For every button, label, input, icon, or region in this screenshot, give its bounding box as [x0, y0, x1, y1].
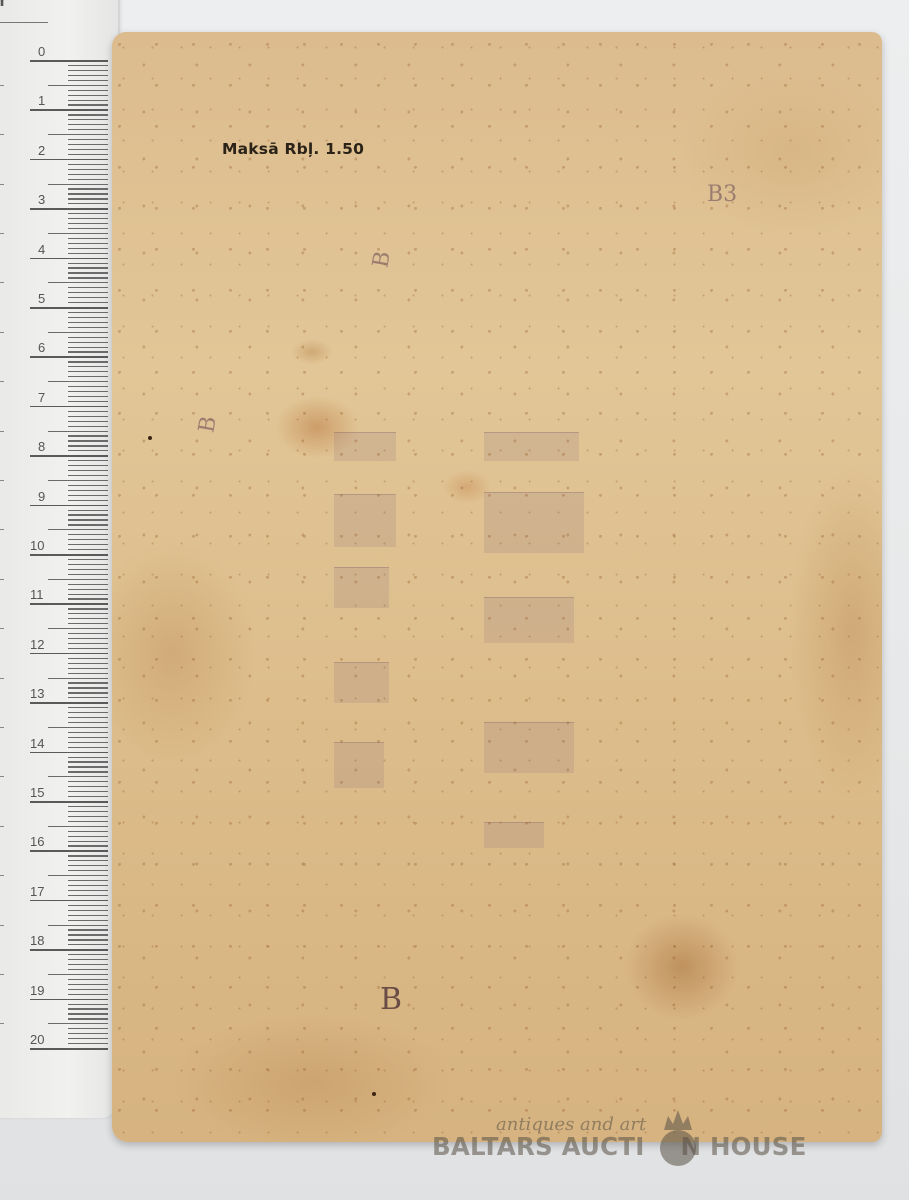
ruler-tick — [68, 327, 108, 328]
ruler-tick — [68, 213, 108, 214]
ruler-tick — [68, 821, 108, 822]
ruler-tick — [68, 880, 108, 881]
ruler-tick — [68, 574, 108, 575]
ruler-tick — [68, 416, 108, 417]
faded-stamp — [484, 722, 574, 773]
ruler-label: 13 — [30, 686, 44, 701]
ruler-tick — [68, 169, 108, 170]
ruler-tick — [68, 994, 108, 995]
ruler-edge-mark — [0, 1023, 4, 1024]
ruler-edge-mark — [0, 381, 4, 382]
ruler-tick — [68, 791, 108, 792]
ruler-tick — [68, 391, 108, 392]
ruler-tick — [68, 855, 108, 856]
spot — [372, 1092, 376, 1096]
ruler-tick — [68, 426, 108, 427]
ruler-tick — [68, 519, 108, 520]
faded-stamp — [334, 567, 389, 608]
ruler-tick — [30, 1048, 108, 1050]
ruler-tick — [68, 223, 108, 224]
ruler-tick — [68, 618, 108, 619]
ruler-label: 9 — [38, 489, 45, 504]
ruler-edge-mark — [0, 678, 4, 679]
ruler-tick — [68, 1004, 108, 1005]
ruler-tick — [68, 129, 108, 130]
ruler-tick — [68, 673, 108, 674]
ruler-tick — [68, 272, 108, 273]
ruler-tick — [48, 925, 108, 926]
ruler-tick — [68, 386, 108, 387]
ruler-tick — [68, 687, 108, 688]
ruler-tick — [48, 85, 108, 86]
ruler-edge-mark — [0, 233, 4, 234]
ruler-tick — [68, 944, 108, 945]
ruler-tick — [68, 144, 108, 145]
ruler-edge-mark — [0, 332, 4, 333]
ruler-tick — [68, 342, 108, 343]
ruler-tick — [68, 524, 108, 525]
ruler-tick — [68, 277, 108, 278]
ruler-tick — [48, 480, 108, 481]
ruler-tick — [68, 218, 108, 219]
ruler-tick — [68, 870, 108, 871]
ruler-tick — [48, 974, 108, 975]
ruler-tick — [30, 554, 108, 556]
ruler-tick — [68, 663, 108, 664]
ruler-tick — [68, 292, 108, 293]
ruler-tick — [68, 539, 108, 540]
ruler-tick — [68, 920, 108, 921]
ruler-tick — [68, 450, 108, 451]
ruler-tick — [68, 179, 108, 180]
ruler-tick — [68, 732, 108, 733]
ruler-tick — [68, 811, 108, 812]
ruler-tick — [68, 119, 108, 120]
ruler-scale: 01234567891011121314151617181920 — [0, 0, 118, 1118]
faded-stamp — [334, 742, 384, 788]
ruler-tick — [68, 470, 108, 471]
ruler-edge-mark — [0, 875, 4, 876]
ruler-tick — [68, 939, 108, 940]
ruler-tick — [68, 1038, 108, 1039]
ruler-tick — [68, 70, 108, 71]
ruler-label: 14 — [30, 736, 44, 751]
ruler-tick — [68, 742, 108, 743]
ruler-tick — [68, 584, 108, 585]
ink-mark: B — [380, 982, 402, 1017]
spot — [148, 436, 152, 440]
ruler-tick — [30, 208, 108, 210]
ruler-tick — [68, 692, 108, 693]
ruler-tick — [68, 396, 108, 397]
book-back-cover: Maksā Rbļ. 1.50 B3 B B B — [112, 32, 882, 1142]
ruler-tick — [68, 490, 108, 491]
ruler-tick — [68, 757, 108, 758]
ruler-edge-mark — [0, 529, 4, 530]
ruler-tick — [68, 253, 108, 254]
faded-stamp — [334, 432, 396, 461]
faded-stamp — [484, 597, 574, 643]
ruler-tick — [68, 910, 108, 911]
ruler-label: 17 — [30, 884, 44, 899]
ruler-tick — [68, 351, 108, 352]
ruler-tick — [30, 900, 108, 902]
ruler-tick — [68, 376, 108, 377]
ruler-tick — [68, 411, 108, 412]
ruler-tick — [68, 500, 108, 501]
ruler-tick — [68, 954, 108, 955]
ruler-edge-mark — [0, 974, 4, 975]
ruler-label: 8 — [38, 439, 45, 454]
ruler-tick — [68, 1018, 108, 1019]
ruler-tick — [68, 569, 108, 570]
ruler-tick — [30, 752, 108, 754]
ruler-tick — [68, 979, 108, 980]
ruler-tick — [68, 198, 108, 199]
ruler-tick — [48, 184, 108, 185]
ruler-label: 18 — [30, 933, 44, 948]
ruler-label: 15 — [30, 785, 44, 800]
faded-stamp — [334, 662, 389, 703]
ruler-tick — [68, 549, 108, 550]
ruler-tick — [48, 875, 108, 876]
ruler-tick — [48, 678, 108, 679]
ruler-tick — [68, 174, 108, 175]
ruler-tick — [68, 559, 108, 560]
ruler-tick — [30, 109, 108, 111]
ruler-tick — [30, 307, 108, 309]
ruler-tick — [48, 332, 108, 333]
ruler-tick — [68, 460, 108, 461]
ruler-tick — [68, 722, 108, 723]
ruler-edge-mark — [0, 776, 4, 777]
ruler-label: 3 — [38, 192, 45, 207]
ruler-label: 1 — [38, 93, 45, 108]
ruler-tick — [68, 475, 108, 476]
faded-stamp — [484, 492, 584, 553]
ruler-tick — [68, 361, 108, 362]
ruler-tick — [68, 737, 108, 738]
faded-stamp — [334, 494, 396, 547]
ruler-tick — [48, 134, 108, 135]
ruler-tick — [68, 228, 108, 229]
ruler-label: 19 — [30, 983, 44, 998]
ruler-tick — [68, 302, 108, 303]
ruler-tick — [68, 139, 108, 140]
ruler-tick — [68, 1043, 108, 1044]
price-label: Maksā Rbļ. 1.50 — [222, 140, 364, 158]
ruler-tick — [48, 826, 108, 827]
ruler-tick — [48, 381, 108, 382]
ruler-tick — [68, 915, 108, 916]
ruler-tick — [68, 761, 108, 762]
ruler-edge-mark — [0, 727, 4, 728]
ruler-tick — [68, 312, 108, 313]
ruler-tick — [68, 929, 108, 930]
ruler-tick — [68, 717, 108, 718]
ruler-tick — [68, 544, 108, 545]
ruler-tick — [68, 317, 108, 318]
ruler-tick — [68, 643, 108, 644]
pencil-mark: B — [368, 249, 395, 269]
ruler-edge-mark — [0, 431, 4, 432]
ruler-tick — [68, 648, 108, 649]
ruler-tick — [68, 90, 108, 91]
ruler-tick — [68, 371, 108, 372]
ruler-tick — [68, 771, 108, 772]
ruler-tick — [68, 203, 108, 204]
ruler-tick — [68, 860, 108, 861]
ruler-edge-mark — [0, 134, 4, 135]
ruler-tick — [68, 337, 108, 338]
ruler-tick — [68, 510, 108, 511]
ruler-tick — [68, 297, 108, 298]
ruler-tick — [68, 1013, 108, 1014]
ruler-tick — [68, 658, 108, 659]
ruler-tick — [68, 638, 108, 639]
ruler-label: 20 — [30, 1032, 44, 1047]
ruler-tick — [68, 347, 108, 348]
ruler-tick — [68, 1008, 108, 1009]
ruler-tick — [48, 579, 108, 580]
ruler-tick — [48, 727, 108, 728]
ruler-tick — [68, 495, 108, 496]
pencil-mark: B3 — [707, 182, 737, 207]
ruler-tick — [68, 885, 108, 886]
ruler-tick — [30, 455, 108, 457]
ruler-tick — [68, 786, 108, 787]
ruler-tick — [68, 534, 108, 535]
ruler-tick — [68, 969, 108, 970]
ruler-tick — [48, 431, 108, 432]
ruler-tick — [68, 75, 108, 76]
ruler-tick — [68, 485, 108, 486]
ruler-tick — [48, 233, 108, 234]
ruler-tick — [68, 104, 108, 105]
ruler-tick — [30, 702, 108, 704]
ruler-label: 12 — [30, 637, 44, 652]
ruler-tick — [68, 836, 108, 837]
ruler-tick — [30, 60, 108, 62]
ruler-tick — [68, 747, 108, 748]
ruler-label: 6 — [38, 340, 45, 355]
ruler-tick — [30, 406, 108, 408]
ruler-tick — [68, 238, 108, 239]
ruler-tick — [30, 603, 108, 605]
ruler-tick — [68, 905, 108, 906]
ruler-tick — [68, 287, 108, 288]
ruler-tick — [68, 80, 108, 81]
ruler-tick — [68, 514, 108, 515]
ruler-label: 11 — [30, 587, 44, 602]
ruler-tick — [68, 248, 108, 249]
ruler-tick — [30, 258, 108, 260]
ruler: Y 01234567891011121314151617181920 — [0, 0, 120, 1118]
ruler-tick — [30, 949, 108, 951]
ruler-tick — [68, 243, 108, 244]
ruler-tick — [30, 505, 108, 507]
ruler-label: 4 — [38, 242, 45, 257]
ruler-tick — [68, 845, 108, 846]
ruler-tick — [68, 831, 108, 832]
ruler-tick — [30, 653, 108, 655]
ruler-tick — [68, 598, 108, 599]
ruler-label: 2 — [38, 143, 45, 158]
ruler-tick — [68, 564, 108, 565]
ruler-tick — [68, 188, 108, 189]
ruler-tick — [30, 356, 108, 358]
ruler-tick — [68, 608, 108, 609]
ruler-tick — [68, 895, 108, 896]
ruler-tick — [68, 267, 108, 268]
ruler-tick — [68, 964, 108, 965]
ruler-edge-mark — [0, 184, 4, 185]
ruler-tick — [48, 776, 108, 777]
ruler-tick — [68, 445, 108, 446]
ruler-tick — [68, 766, 108, 767]
ruler-tick — [68, 633, 108, 634]
ruler-tick — [68, 707, 108, 708]
ruler-label: 16 — [30, 834, 44, 849]
ruler-tick — [48, 1023, 108, 1024]
ruler-label: 7 — [38, 390, 45, 405]
ruler-tick — [68, 816, 108, 817]
ruler-tick — [68, 594, 108, 595]
ruler-tick — [68, 613, 108, 614]
ruler-tick — [68, 865, 108, 866]
ruler-tick — [68, 781, 108, 782]
ruler-tick — [68, 435, 108, 436]
ruler-tick — [68, 697, 108, 698]
ruler-edge-mark — [0, 282, 4, 283]
ruler-edge-mark — [0, 826, 4, 827]
ruler-tick — [68, 841, 108, 842]
ruler-tick — [68, 263, 108, 264]
ruler-edge-mark — [0, 925, 4, 926]
ruler-tick — [68, 1028, 108, 1029]
ruler-tick — [68, 890, 108, 891]
ruler-tick — [68, 668, 108, 669]
ruler-tick — [30, 159, 108, 161]
ruler-tick — [68, 366, 108, 367]
ruler-tick — [68, 322, 108, 323]
ruler-tick — [68, 806, 108, 807]
ruler-tick — [68, 712, 108, 713]
ruler-tick — [68, 421, 108, 422]
faded-stamp — [484, 822, 544, 848]
ruler-tick — [68, 114, 108, 115]
ruler-edge-mark — [0, 628, 4, 629]
ruler-tick — [68, 65, 108, 66]
ruler-label: 10 — [30, 538, 44, 553]
ruler-tick — [68, 193, 108, 194]
ruler-tick — [48, 628, 108, 629]
ruler-tick — [68, 465, 108, 466]
ruler-tick — [68, 440, 108, 441]
ruler-tick — [30, 801, 108, 803]
ruler-tick — [68, 989, 108, 990]
ruler-tick — [68, 401, 108, 402]
ruler-edge-mark — [0, 480, 4, 481]
ruler-tick — [68, 682, 108, 683]
ruler-tick — [68, 959, 108, 960]
pencil-mark: B — [194, 414, 221, 434]
ruler-tick — [68, 154, 108, 155]
ruler-tick — [68, 95, 108, 96]
ruler-tick — [68, 100, 108, 101]
ruler-tick — [68, 934, 108, 935]
ruler-tick — [30, 999, 108, 1001]
ruler-tick — [48, 529, 108, 530]
ruler-tick — [68, 164, 108, 165]
ruler-tick — [48, 282, 108, 283]
ruler-tick — [68, 1033, 108, 1034]
ruler-label: 5 — [38, 291, 45, 306]
ruler-tick — [30, 850, 108, 852]
ruler-label: 0 — [38, 44, 45, 59]
ruler-tick — [68, 623, 108, 624]
ruler-tick — [68, 149, 108, 150]
ruler-tick — [68, 124, 108, 125]
ruler-tick — [68, 984, 108, 985]
ruler-tick — [68, 589, 108, 590]
ruler-edge-mark — [0, 579, 4, 580]
ruler-tick — [68, 796, 108, 797]
faded-stamp — [484, 432, 579, 461]
ruler-edge-mark — [0, 85, 4, 86]
